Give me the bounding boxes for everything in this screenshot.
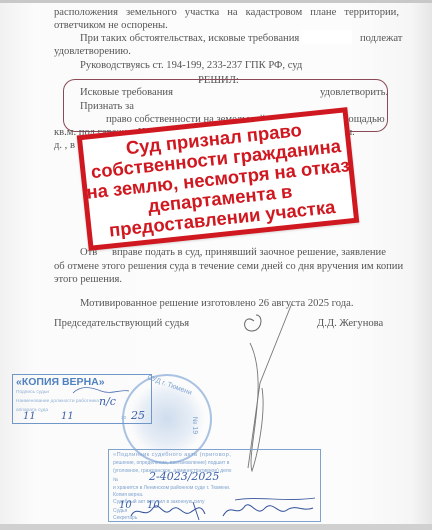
seal-text: № 19 [191,417,198,434]
doc-line: удовлетворению. [54,45,131,58]
stamp-line: Наименование должности работника [16,399,99,404]
stamp-month: 11 [61,411,74,422]
stamp-signature [71,385,131,397]
clerk-signatures [127,498,327,522]
judge-signature [240,303,300,473]
doc-line: расположения земельного участка на кадас… [54,6,399,19]
doc-line: удовлетворить. [320,86,388,99]
document-page: расположения земельного участка на кадас… [0,0,432,524]
doc-line: вправе подать в суд, принявший заочное р… [112,246,386,259]
motivated-decision-date: Мотивированное решение изготовлено 26 ав… [80,297,354,310]
stamp-year: 25 [131,409,145,422]
doc-line: При таких обстоятельствах, исковые требо… [80,32,299,45]
stamp-line: Подпись судьи [16,390,49,395]
seal-text: СУД г. Тюмени [146,374,192,397]
redaction [302,30,352,44]
page-edge [0,524,432,530]
doc-line: Руководствуясь ст. 194-199, 233-237 ГПК … [80,59,302,72]
stamp-day: 11 [23,411,36,422]
case-number: 2-4023/2025 [149,470,219,483]
doc-line: этого решения. [54,273,122,286]
stamp-line: «Подлинник судебного акта (приговор, [113,452,231,458]
doc-line: Признать за [80,100,134,113]
doc-line: подлежат [360,32,402,45]
stamp-year-prefix: 20 [121,416,126,421]
judge-label: Председательствующий судья [54,317,189,330]
stamp-line: № [113,477,118,483]
stamp-line: Судья [113,508,127,514]
copy-certified-stamp: «КОПИЯ ВЕРНА» Подпись судьи Наименование… [12,374,152,424]
judge-name: Д.Д. Жегунова [317,317,383,330]
doc-line: об отмене этого решения суда в течение с… [54,260,399,273]
stamp-line: решение, определение, постановление) под… [113,460,229,466]
doc-line: Исковые требования [80,86,173,99]
doc-line: ответчиком не оспорены. [54,19,168,32]
stamp-line: и хранится в Ленинском районном суде г. … [113,485,230,491]
validity-stamp: «Подлинник судебного акта (приговор, реш… [108,449,321,522]
